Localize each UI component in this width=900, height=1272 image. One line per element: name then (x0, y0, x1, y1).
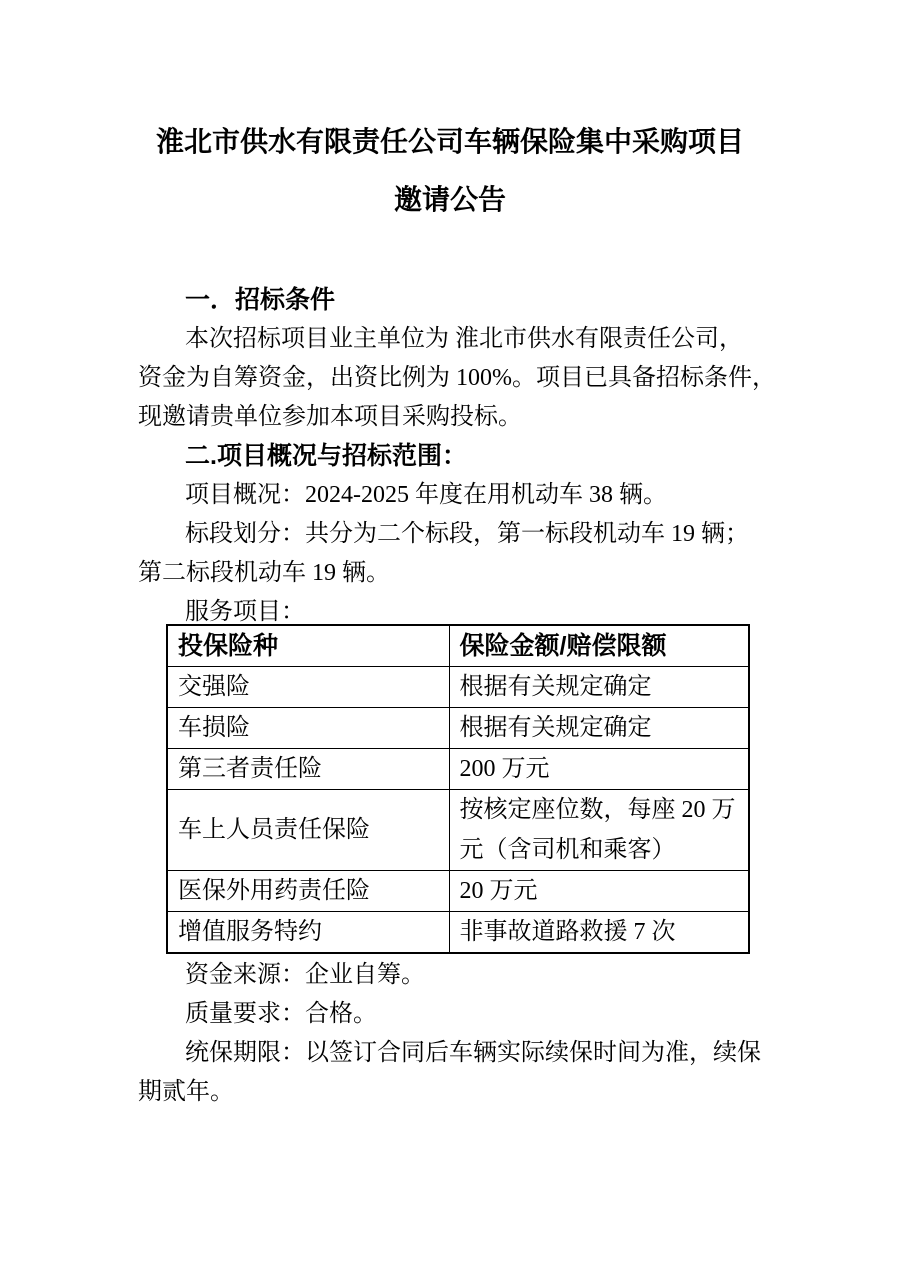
table-header-amount: 保险金额/赔偿限额 (449, 625, 749, 667)
section1-line-1: 本次招标项目业主单位为 淮北市供水有限责任公司， (138, 320, 762, 359)
table-row: 车损险 根据有关规定确定 (167, 708, 749, 749)
section1-line-2: 资金为自筹资金，出资比例为 100%。项目已具备招标条件， (138, 359, 762, 398)
cell-insurance-type: 增值服务特约 (167, 912, 449, 954)
service-items-table: 投保险种 保险金额/赔偿限额 交强险 根据有关规定确定 车损险 根据有关规定确定… (166, 624, 750, 954)
project-overview-line: 项目概况：2024-2025 年度在用机动车 38 辆。 (138, 476, 762, 515)
funding-source-line: 资金来源：企业自筹。 (138, 956, 762, 995)
table-row: 增值服务特约 非事故道路救援 7 次 (167, 912, 749, 954)
cell-insurance-type: 医保外用药责任险 (167, 871, 449, 912)
cell-amount: 按核定座位数，每座 20 万元（含司机和乘客） (449, 790, 749, 871)
table-row: 交强险 根据有关规定确定 (167, 667, 749, 708)
cell-amount: 20 万元 (449, 871, 749, 912)
document-subtitle: 邀请公告 (0, 184, 900, 218)
cell-insurance-type: 车上人员责任保险 (167, 790, 449, 871)
footer-text: 资金来源：企业自筹。 质量要求：合格。 统保期限：以签订合同后车辆实际续保时间为… (138, 956, 762, 1112)
table-row: 车上人员责任保险 按核定座位数，每座 20 万元（含司机和乘客） (167, 790, 749, 871)
cell-amount: 根据有关规定确定 (449, 708, 749, 749)
lot-division-line-2: 第二标段机动车 19 辆。 (138, 554, 762, 593)
section1-line-3: 现邀请贵单位参加本项目采购投标。 (138, 398, 762, 437)
cell-amount: 非事故道路救援 7 次 (449, 912, 749, 954)
quality-requirement-line: 质量要求：合格。 (138, 995, 762, 1034)
document-title: 淮北市供水有限责任公司车辆保险集中采购项目 (0, 126, 900, 160)
section2-heading: 二.项目概况与招标范围： (138, 437, 762, 476)
document-page: 淮北市供水有限责任公司车辆保险集中采购项目 邀请公告 一．招标条件 本次招标项目… (0, 0, 900, 1272)
table-row: 第三者责任险 200 万元 (167, 749, 749, 790)
cell-amount: 200 万元 (449, 749, 749, 790)
table-row: 医保外用药责任险 20 万元 (167, 871, 749, 912)
cell-amount: 根据有关规定确定 (449, 667, 749, 708)
lot-division-line-1: 标段划分：共分为二个标段，第一标段机动车 19 辆； (138, 515, 762, 554)
table-header-insurance-type: 投保险种 (167, 625, 449, 667)
cell-insurance-type: 车损险 (167, 708, 449, 749)
cell-insurance-type: 交强险 (167, 667, 449, 708)
table-header-row: 投保险种 保险金额/赔偿限额 (167, 625, 749, 667)
section1-heading: 一．招标条件 (138, 281, 762, 320)
body-text: 一．招标条件 本次招标项目业主单位为 淮北市供水有限责任公司， 资金为自筹资金，… (138, 281, 762, 632)
cell-insurance-type: 第三者责任险 (167, 749, 449, 790)
insurance-period-line-1: 统保期限：以签订合同后车辆实际续保时间为准，续保 (138, 1034, 762, 1073)
insurance-period-line-2: 期贰年。 (138, 1073, 762, 1112)
